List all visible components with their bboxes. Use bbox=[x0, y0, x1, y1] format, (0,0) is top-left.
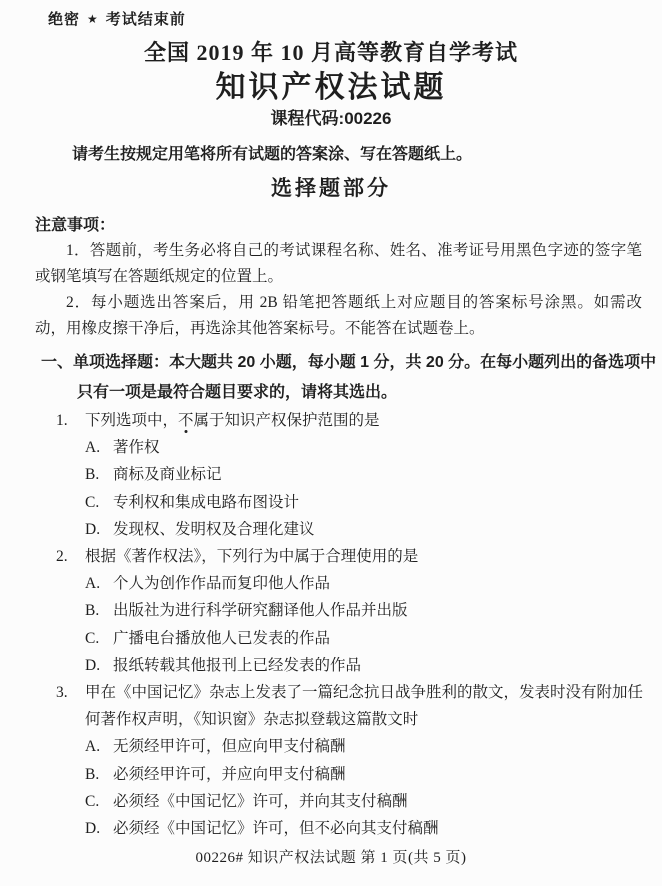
option-text: 著作权 bbox=[113, 439, 160, 456]
option-label: C. bbox=[85, 489, 113, 516]
option-label: C. bbox=[85, 788, 113, 815]
timing-label: 考试结束前 bbox=[106, 11, 186, 28]
question-2-option-c: C.广播电台播放他人已发表的作品 bbox=[0, 625, 662, 652]
option-label: B. bbox=[85, 597, 113, 624]
course-code: 课程代码:00226 bbox=[0, 108, 662, 130]
option-text: 出版社为进行科学研究翻译他人作品并出版 bbox=[113, 602, 408, 619]
option-label: A. bbox=[85, 434, 113, 461]
question-1-option-c: C.专利权和集成电路布图设计 bbox=[0, 489, 662, 516]
question-2-option-d: D.报纸转载其他报刊上已经发表的作品 bbox=[0, 652, 662, 679]
question-3-option-c: C.必须经《中国记忆》许可，并向其支付稿酬 bbox=[0, 788, 662, 815]
option-text: 专利权和集成电路布图设计 bbox=[113, 494, 299, 511]
exam-session-title: 全国 2019 年 10 月高等教育自学考试 bbox=[0, 38, 662, 68]
question-3-stem-line1: 3.甲在《中国记忆》杂志上发表了一篇纪念抗日战争胜利的散文，发表时没有附加任 bbox=[0, 679, 662, 706]
question-1-option-a: A.著作权 bbox=[0, 434, 662, 461]
option-label: A. bbox=[85, 733, 113, 760]
question-stem-text: 甲在《中国记忆》杂志上发表了一篇纪念抗日战争胜利的散文，发表时没有附加任 bbox=[85, 684, 643, 701]
question-1-stem: 1.下列选项中，不属于知识产权保护范围的是 bbox=[0, 407, 662, 434]
option-text: 必须经《中国记忆》许可，并向其支付稿酬 bbox=[113, 793, 408, 810]
question-3-option-b: B.必须经甲许可，并应向甲支付稿酬 bbox=[0, 761, 662, 788]
question-1: 1.下列选项中，不属于知识产权保护范围的是 A.著作权 B.商标及商业标记 C.… bbox=[0, 407, 662, 543]
exam-paper-page: 绝密★考试结束前 全国 2019 年 10 月高等教育自学考试 知识产权法试题 … bbox=[0, 0, 662, 886]
section-one-heading-line1: 一、单项选择题：本大题共 20 小题，每小题 1 分，共 20 分。在每小题列出… bbox=[0, 348, 662, 378]
option-text: 广播电台播放他人已发表的作品 bbox=[113, 630, 330, 647]
question-number: 3. bbox=[56, 679, 85, 706]
secrecy-line: 绝密★考试结束前 bbox=[48, 9, 662, 30]
question-stem-post: 属于知识产权保护范围的是 bbox=[194, 412, 380, 429]
note-item-2: 2．每小题选出答案后，用 2B 铅笔把答题纸上对应题目的答案标号涂黑。如需改动，… bbox=[35, 290, 642, 342]
option-label: D. bbox=[85, 652, 113, 679]
question-number: 1. bbox=[56, 407, 85, 434]
option-text: 商标及商业标记 bbox=[113, 466, 222, 483]
question-number: 2. bbox=[56, 543, 85, 570]
option-text: 无须经甲许可，但应向甲支付稿酬 bbox=[113, 738, 346, 755]
page-footer: 00226# 知识产权法试题 第 1 页(共 5 页) bbox=[0, 847, 662, 869]
section-one-heading-line2: 只有一项是最符合题目要求的，请将其选出。 bbox=[0, 378, 662, 408]
question-1-option-d: D.发现权、发明权及合理化建议 bbox=[0, 516, 662, 543]
question-stem-text: 根据《著作权法》，下列行为中属于合理使用的是 bbox=[85, 548, 418, 565]
option-label: D. bbox=[85, 815, 113, 842]
option-text: 发现权、发明权及合理化建议 bbox=[113, 521, 315, 538]
notes-heading: 注意事项： bbox=[35, 214, 662, 238]
option-label: B. bbox=[85, 761, 113, 788]
question-2-option-b: B.出版社为进行科学研究翻译他人作品并出版 bbox=[0, 597, 662, 624]
option-label: B. bbox=[85, 461, 113, 488]
question-3: 3.甲在《中国记忆》杂志上发表了一篇纪念抗日战争胜利的散文，发表时没有附加任 何… bbox=[0, 679, 662, 842]
answer-instruction: 请考生按规定用笔将所有试题的答案涂、写在答题纸上。 bbox=[72, 144, 662, 166]
star-icon: ★ bbox=[87, 12, 99, 26]
question-2: 2.根据《著作权法》，下列行为中属于合理使用的是 A.个人为创作作品而复印他人作… bbox=[0, 543, 662, 679]
question-2-stem: 2.根据《著作权法》，下列行为中属于合理使用的是 bbox=[0, 543, 662, 570]
option-text: 必须经甲许可，并应向甲支付稿酬 bbox=[113, 766, 346, 783]
option-label: D. bbox=[85, 516, 113, 543]
question-3-option-a: A.无须经甲许可，但应向甲支付稿酬 bbox=[0, 733, 662, 760]
question-1-option-b: B.商标及商业标记 bbox=[0, 461, 662, 488]
option-text: 必须经《中国记忆》许可，但不必向其支付稿酬 bbox=[113, 820, 439, 837]
question-3-stem-line2: 何著作权声明，《知识窗》杂志拟登载这篇散文时 bbox=[0, 706, 662, 733]
option-label: A. bbox=[85, 570, 113, 597]
option-label: C. bbox=[85, 625, 113, 652]
question-2-option-a: A.个人为创作作品而复印他人作品 bbox=[0, 570, 662, 597]
note-item-1: 1．答题前，考生务必将自己的考试课程名称、姓名、准考证号用黑色字迹的签字笔或钢笔… bbox=[35, 238, 642, 290]
section-title: 选择题部分 bbox=[0, 174, 662, 204]
paper-title: 知识产权法试题 bbox=[0, 68, 662, 108]
question-stem-emphasized-char: 不 bbox=[178, 412, 194, 429]
option-text: 报纸转载其他报刊上已经发表的作品 bbox=[113, 657, 361, 674]
question-3-option-d: D.必须经《中国记忆》许可，但不必向其支付稿酬 bbox=[0, 815, 662, 842]
option-text: 个人为创作作品而复印他人作品 bbox=[113, 575, 330, 592]
secrecy-label: 绝密 bbox=[48, 11, 80, 28]
question-stem-pre: 下列选项中， bbox=[85, 412, 178, 429]
